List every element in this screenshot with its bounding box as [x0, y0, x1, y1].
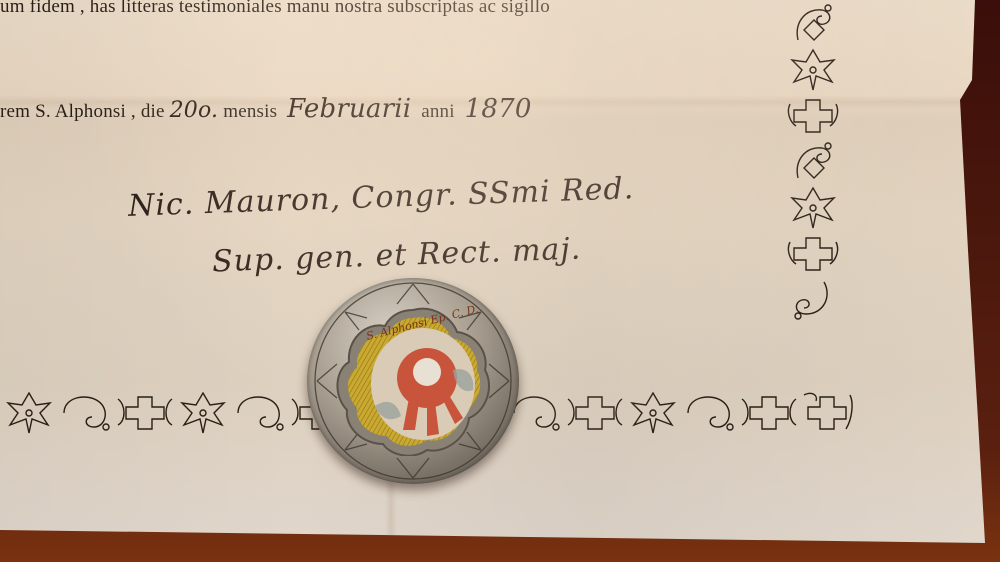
printed-text: mensis [223, 101, 277, 122]
corner-cross-ornament-icon [798, 389, 856, 435]
cross-ornament-icon [784, 92, 842, 138]
paper-fold-horizontal [0, 95, 985, 109]
handwritten-month: Februarii [287, 94, 411, 124]
ornamental-border-vertical [784, 0, 842, 436]
handwritten-day: 20o. [170, 98, 219, 123]
printed-text: rem S. Alphonsi , die [0, 101, 165, 122]
signature-line-2: Sup. gen. et Rect. maj. [212, 232, 582, 280]
scroll-ornament-icon [58, 389, 116, 435]
foliage-ornament-icon [784, 276, 842, 322]
foliage-ornament-icon [174, 389, 232, 435]
printed-text: anni [421, 101, 455, 122]
reliquary-theca: S. Alphonsi Ep. C. D. [307, 278, 519, 484]
printed-text-line-1: um fidem , has litteras testimoniales ma… [0, 0, 550, 18]
foliage-ornament-icon [784, 184, 842, 230]
cross-ornament-icon [784, 230, 842, 276]
foliage-ornament-icon [784, 0, 842, 46]
scroll-ornament-icon [232, 389, 290, 435]
cross-ornament-icon [740, 389, 798, 435]
scroll-ornament-icon [682, 389, 740, 435]
cross-ornament-icon [566, 389, 624, 435]
printed-text: um fidem , has litteras testimoniales ma… [0, 0, 550, 17]
foliage-ornament-icon [624, 389, 682, 435]
handwritten-year: 1870 [465, 94, 532, 124]
foliage-ornament-icon [784, 138, 842, 184]
signature-line-1: Nic. Mauron, Congr. SSmi Red. [128, 171, 635, 224]
foliage-ornament-icon [784, 46, 842, 92]
cross-ornament-icon [116, 389, 174, 435]
printed-text-line-2: rem S. Alphonsi , die 20o. mensis Februa… [0, 94, 532, 124]
foliage-ornament-icon [0, 389, 58, 435]
